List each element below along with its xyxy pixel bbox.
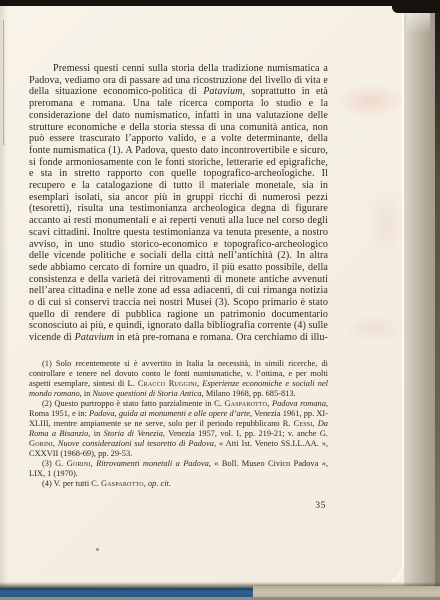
- book-cover-bottom-edge: [0, 588, 253, 597]
- footnote-1: (1) Solo recentemente si è avvertito in …: [29, 359, 328, 399]
- footnote-4: (4) V. per tutti C. Gasparotto, op. cit.: [29, 479, 328, 489]
- body-paragraph: Premessi questi cenni sulla storia della…: [29, 63, 328, 344]
- scanned-book-page-photo: Premessi questi cenni sulla storia della…: [0, 0, 440, 600]
- footnotes-section: (1) Solo recentemente si è avvertito in …: [29, 359, 328, 489]
- page-gutter-shade: [0, 0, 8, 600]
- page-number: 35: [315, 500, 326, 511]
- page-block-bottom-edge: [253, 586, 440, 597]
- scan-edge-top-right: [392, 0, 440, 13]
- text-block: Premessi questi cenni sulla storia della…: [29, 63, 328, 523]
- scan-edge-right: [435, 0, 440, 598]
- footnote-2: (2) Questo purtroppo è stato fatto parzi…: [29, 399, 328, 459]
- page-left-crease: [3, 20, 4, 145]
- scan-speck: [96, 548, 99, 551]
- footnote-3: (3) G. Gorini, Ritrovamenti monetali a P…: [29, 459, 328, 479]
- scan-edge-top: [0, 0, 440, 6]
